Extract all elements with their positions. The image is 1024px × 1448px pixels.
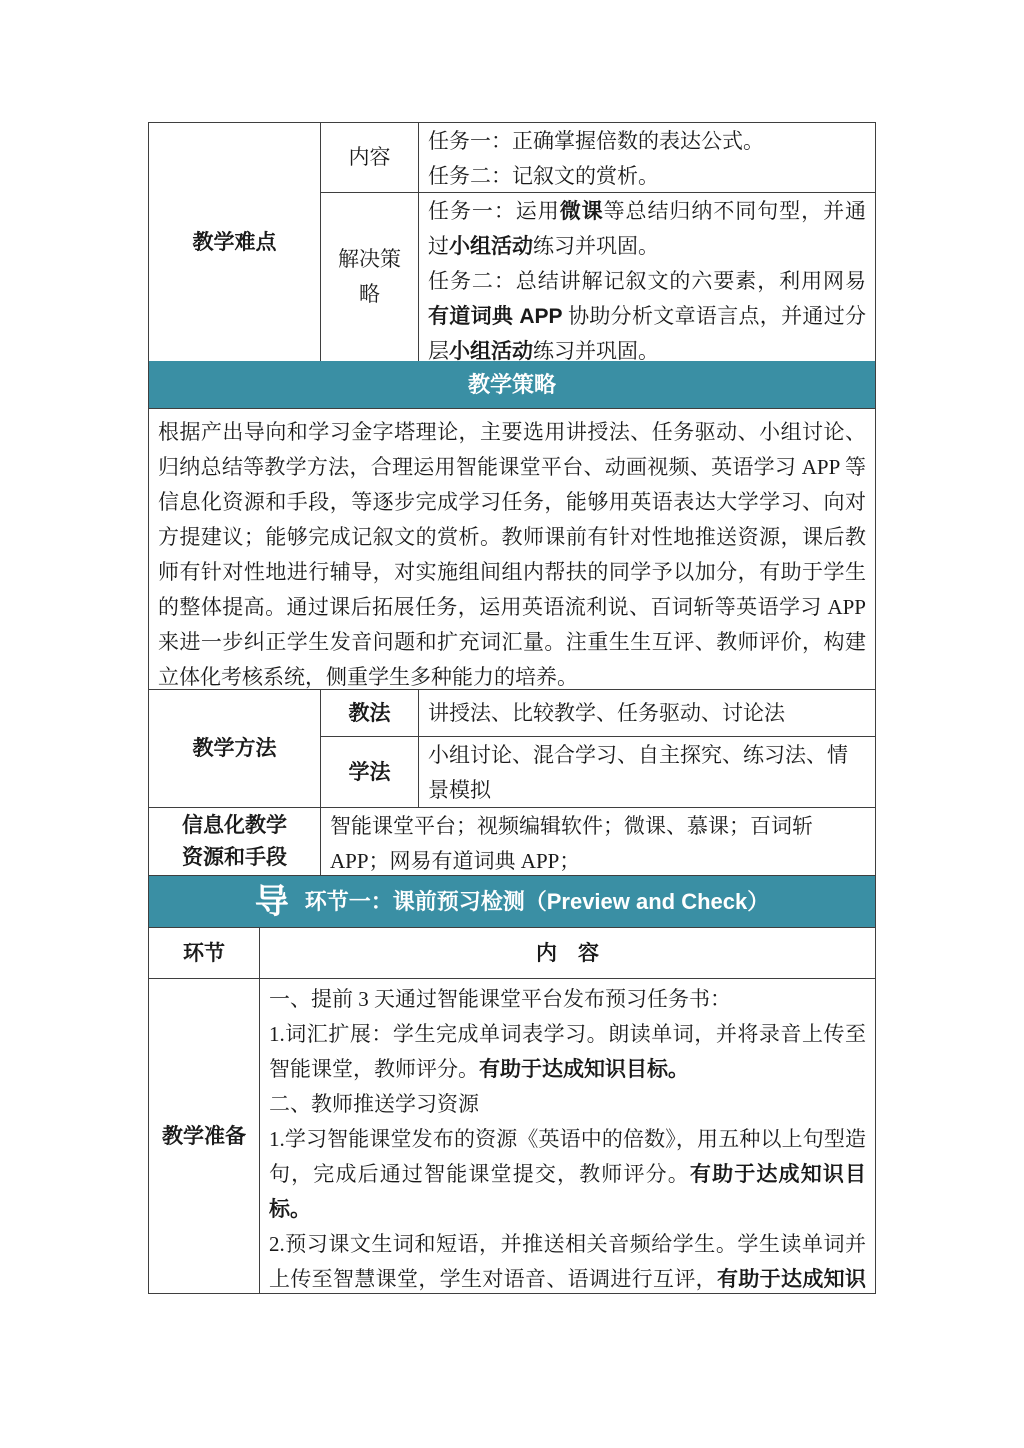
learn-method-value: 小组讨论、混合学习、自主探究、练习法、情景模拟 bbox=[419, 737, 875, 807]
section-difficulty: 教学难点 内容 解决策略 任务一：正确掌握倍数的表达公式。 任务二：记叙文的赏析… bbox=[149, 123, 875, 361]
preparation-p3: 二、教师推送学习资源 bbox=[269, 1087, 866, 1122]
dao-glyph: 导 bbox=[255, 885, 289, 919]
preparation-content: 一、提前 3 天通过智能课堂平台发布预习任务书： 1.词汇扩展：学生完成单词表学… bbox=[260, 979, 875, 1293]
preparation-p1: 一、提前 3 天通过智能课堂平台发布预习任务书： bbox=[269, 982, 866, 1017]
it-resources-label-line2: 资源和手段 bbox=[182, 842, 287, 874]
preparation-label: 教学准备 bbox=[149, 979, 260, 1293]
stage-banner-title: 环节一：课前预习检测（Preview and Check） bbox=[305, 884, 770, 919]
difficulty-values: 任务一：正确掌握倍数的表达公式。 任务二：记叙文的赏析。 任务一：运用微课等总结… bbox=[419, 123, 875, 361]
difficulty-solve-label-text: 解决策略 bbox=[335, 242, 405, 312]
difficulty-content-p2: 任务二：记叙文的赏析。 bbox=[428, 159, 866, 193]
difficulty-content-p1: 任务一：正确掌握倍数的表达公式。 bbox=[428, 124, 866, 159]
it-resources-value: 智能课堂平台；视频编辑软件；微课、慕课；百词斩 APP；网易有道词典 APP； bbox=[321, 808, 875, 875]
difficulty-label: 教学难点 bbox=[149, 123, 321, 361]
difficulty-content-label: 内容 bbox=[321, 123, 418, 193]
strategy-paragraph: 根据产出导向和学习金字塔理论，主要选用讲授法、任务驱动、小组讨论、归纳总结等教学… bbox=[149, 409, 875, 689]
methods-label: 教学方法 bbox=[149, 690, 321, 807]
difficulty-solve-p2: 任务二：总结讲解记叙文的六要素，利用网易有道词典 APP 协助分析文章语言点，并… bbox=[428, 264, 866, 361]
stage-table-header: 环节 内 容 bbox=[149, 928, 875, 978]
difficulty-solve-cell: 任务一：运用微课等总结归纳不同句型，并通过小组活动练习并巩固。 任务二：总结讲解… bbox=[419, 193, 875, 361]
it-resources-label-line1: 信息化教学 bbox=[182, 810, 287, 842]
stage-header-col1: 环节 bbox=[149, 928, 260, 978]
stage-header-col2: 内 容 bbox=[260, 928, 875, 978]
stage-banner: 导 环节一：课前预习检测（Preview and Check） bbox=[149, 875, 875, 928]
document-page: 教学难点 内容 解决策略 任务一：正确掌握倍数的表达公式。 任务二：记叙文的赏析… bbox=[0, 0, 1024, 1448]
teach-method-value: 讲授法、比较教学、任务驱动、讨论法 bbox=[419, 690, 875, 737]
preparation-p5: 2.预习课文生词和短语，并推送相关音频给学生。学生读单词并上传至智慧课堂，学生对… bbox=[269, 1227, 866, 1293]
difficulty-solve-p1: 任务一：运用微课等总结归纳不同句型，并通过小组活动练习并巩固。 bbox=[428, 194, 866, 264]
preparation-p4: 1.学习智能课堂发布的资源《英语中的倍数》，用五种以上句型造句，完成后通过智能课… bbox=[269, 1122, 866, 1227]
teaching-plan-table: 教学难点 内容 解决策略 任务一：正确掌握倍数的表达公式。 任务二：记叙文的赏析… bbox=[148, 122, 876, 1294]
learn-method-label: 学法 bbox=[321, 737, 418, 807]
methods-sublabels: 教法 学法 bbox=[321, 690, 419, 807]
teach-method-label: 教法 bbox=[321, 690, 418, 737]
section-it-resources: 信息化教学 资源和手段 智能课堂平台；视频编辑软件；微课、慕课；百词斩 APP；… bbox=[149, 807, 875, 875]
difficulty-content-cell: 任务一：正确掌握倍数的表达公式。 任务二：记叙文的赏析。 bbox=[419, 123, 875, 193]
it-resources-label: 信息化教学 资源和手段 bbox=[149, 808, 321, 875]
difficulty-solve-label: 解决策略 bbox=[321, 193, 418, 361]
difficulty-sublabels: 内容 解决策略 bbox=[321, 123, 419, 361]
section-methods: 教学方法 教法 学法 讲授法、比较教学、任务驱动、讨论法 小组讨论、混合学习、自… bbox=[149, 689, 875, 807]
preparation-p2: 1.词汇扩展：学生完成单词表学习。朗读单词，并将录音上传至智能课堂，教师评分。有… bbox=[269, 1017, 866, 1087]
strategy-banner: 教学策略 bbox=[149, 361, 875, 409]
methods-values: 讲授法、比较教学、任务驱动、讨论法 小组讨论、混合学习、自主探究、练习法、情景模… bbox=[419, 690, 875, 807]
section-preparation: 教学准备 一、提前 3 天通过智能课堂平台发布预习任务书： 1.词汇扩展：学生完… bbox=[149, 978, 875, 1293]
